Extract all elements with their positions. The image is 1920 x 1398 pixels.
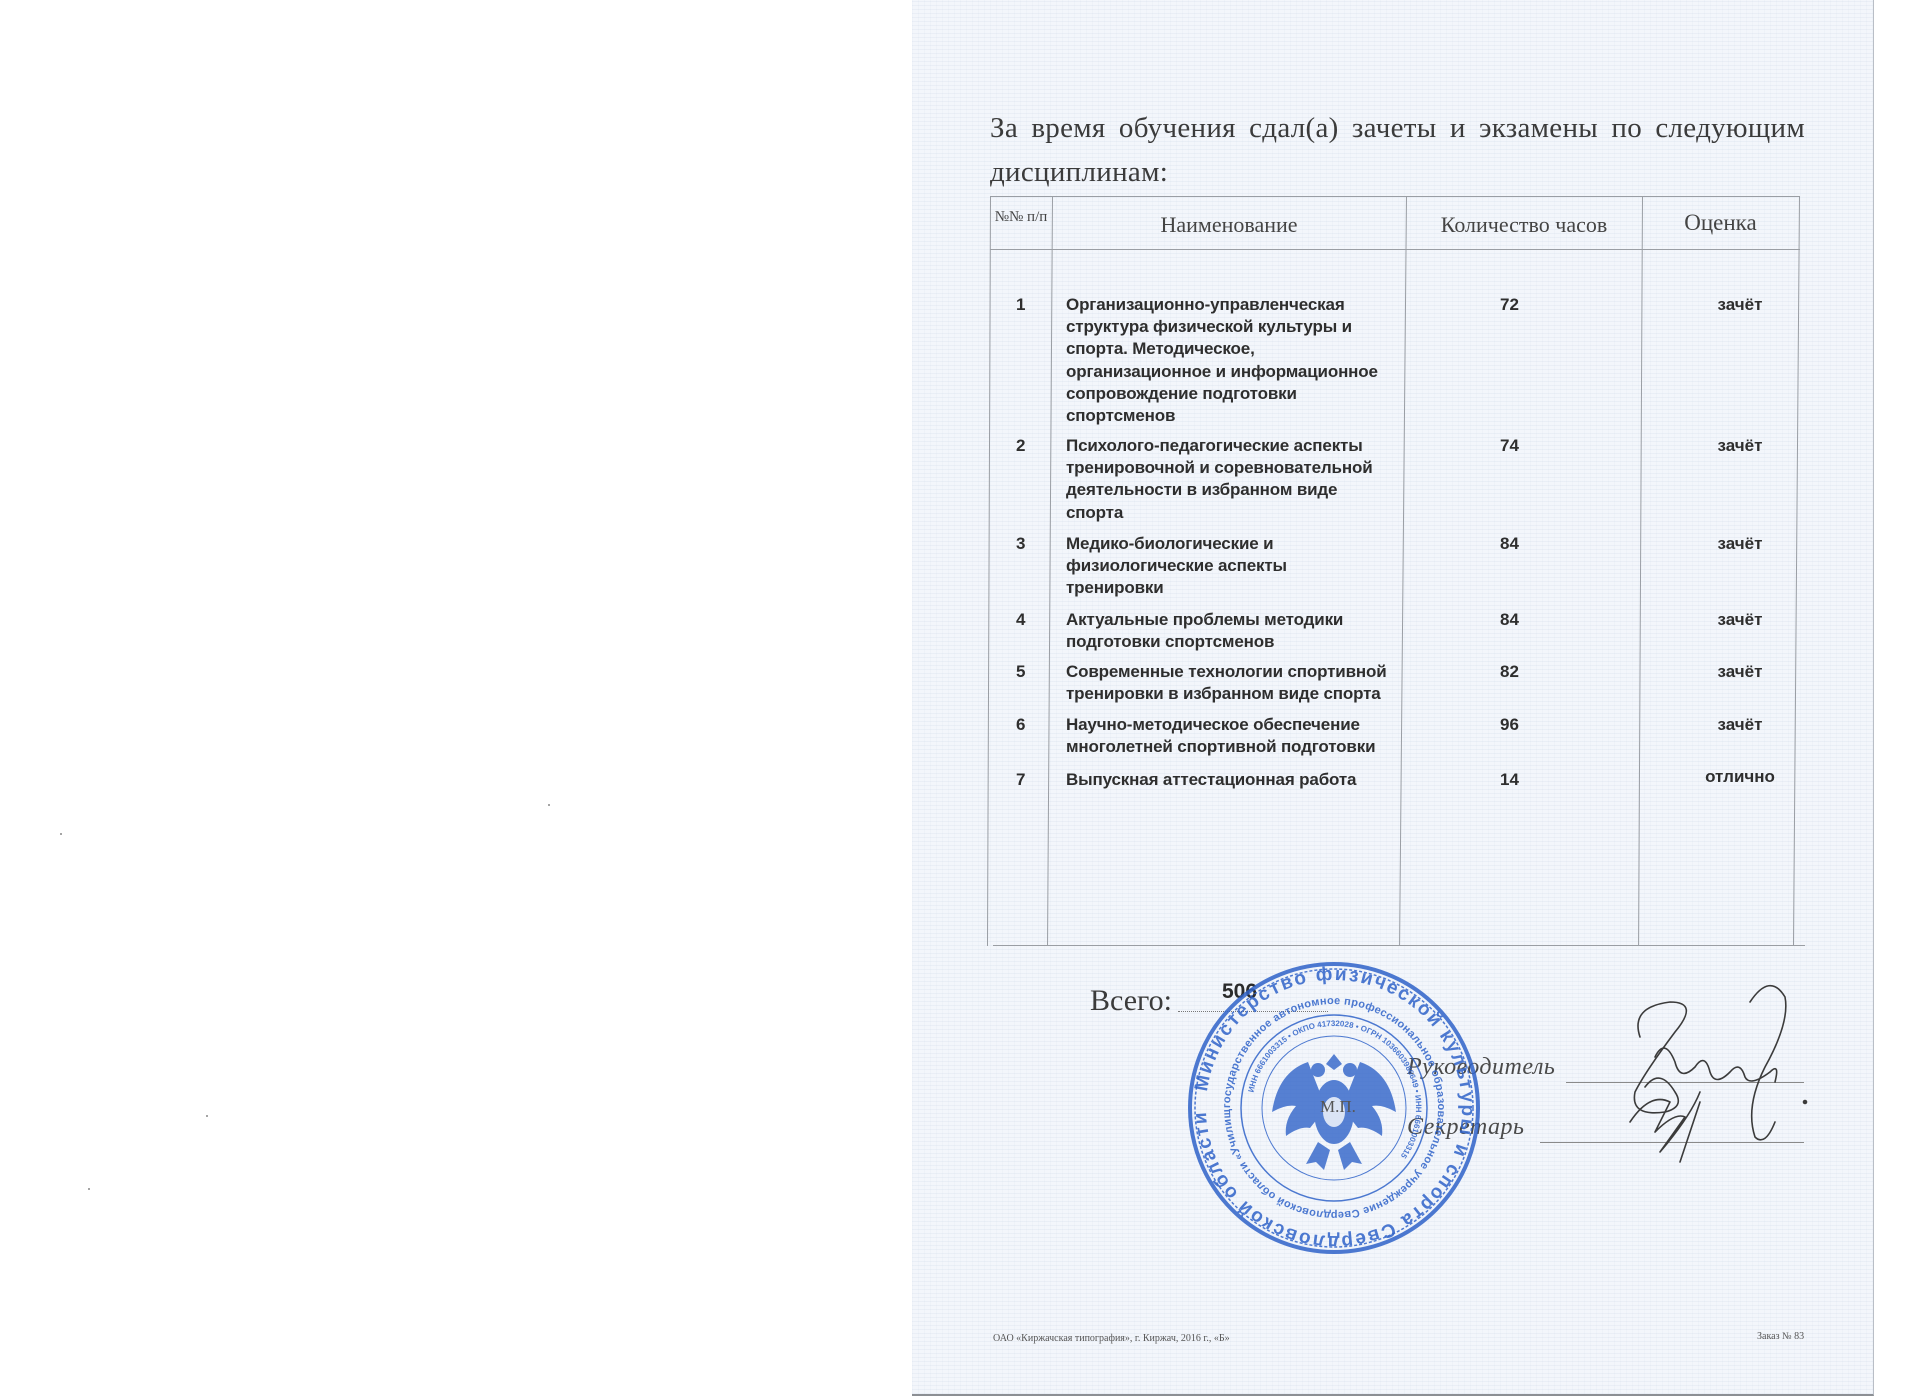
row-name: Психолого-педагогические аспекты трениро… — [1066, 435, 1426, 524]
row-grade: зачёт — [1690, 609, 1790, 631]
row-grade: отлично — [1690, 766, 1790, 788]
row-name: Актуальные проблемы методики подготовки … — [1066, 609, 1426, 653]
row-hours: 82 — [1500, 661, 1540, 683]
scan-speck — [206, 1115, 208, 1117]
row-name: Современные технологии спортивной тренир… — [1066, 661, 1426, 705]
row-hours: 84 — [1500, 609, 1540, 631]
blank-left-page — [0, 0, 912, 1398]
row-hours: 96 — [1500, 714, 1540, 736]
row-name: Выпускная аттестационная работа — [1066, 769, 1426, 791]
row-number: 5 — [1016, 661, 1036, 683]
row-grade: зачёт — [1690, 294, 1790, 316]
seal-place-mark: М.П. — [1320, 1097, 1356, 1117]
intro-text: За время обучения сдал(а) зачеты и экзам… — [990, 106, 1805, 194]
header-hours: Количество часов — [1406, 212, 1642, 238]
scan-speck — [88, 1188, 90, 1190]
order-number: Заказ № 83 — [1757, 1331, 1804, 1342]
row-grade: зачёт — [1690, 661, 1790, 683]
header-grade: Оценка — [1642, 210, 1799, 236]
row-number: 6 — [1016, 714, 1036, 736]
header-number: №№ п/п — [990, 208, 1052, 227]
row-grade: зачёт — [1690, 714, 1790, 736]
printer-imprint: ОАО «Киржачская типография», г. Киржач, … — [993, 1333, 1230, 1344]
row-name: Медико-биологические и физиологические а… — [1066, 533, 1426, 600]
row-number: 4 — [1016, 609, 1036, 631]
row-grade: зачёт — [1690, 435, 1790, 457]
row-name: Организационно-управленческая структура … — [1066, 294, 1426, 427]
row-number: 7 — [1016, 769, 1036, 791]
row-grade: зачёт — [1690, 533, 1790, 555]
header-name: Наименование — [1052, 212, 1406, 238]
scan-speck — [548, 804, 550, 806]
row-name: Научно-методическое обеспечение многолет… — [1066, 714, 1426, 758]
row-hours: 84 — [1500, 533, 1540, 555]
table-top-border — [990, 196, 1800, 197]
total-label: Всего: — [1090, 984, 1172, 1018]
row-number: 3 — [1016, 533, 1036, 555]
row-number: 2 — [1016, 435, 1036, 457]
row-number: 1 — [1016, 294, 1036, 316]
handwritten-signature-icon — [1600, 982, 1840, 1172]
row-hours: 72 — [1500, 294, 1540, 316]
header-bottom-border — [990, 249, 1800, 250]
scan-speck — [60, 833, 62, 835]
row-hours: 74 — [1500, 435, 1540, 457]
row-hours: 14 — [1500, 769, 1540, 791]
